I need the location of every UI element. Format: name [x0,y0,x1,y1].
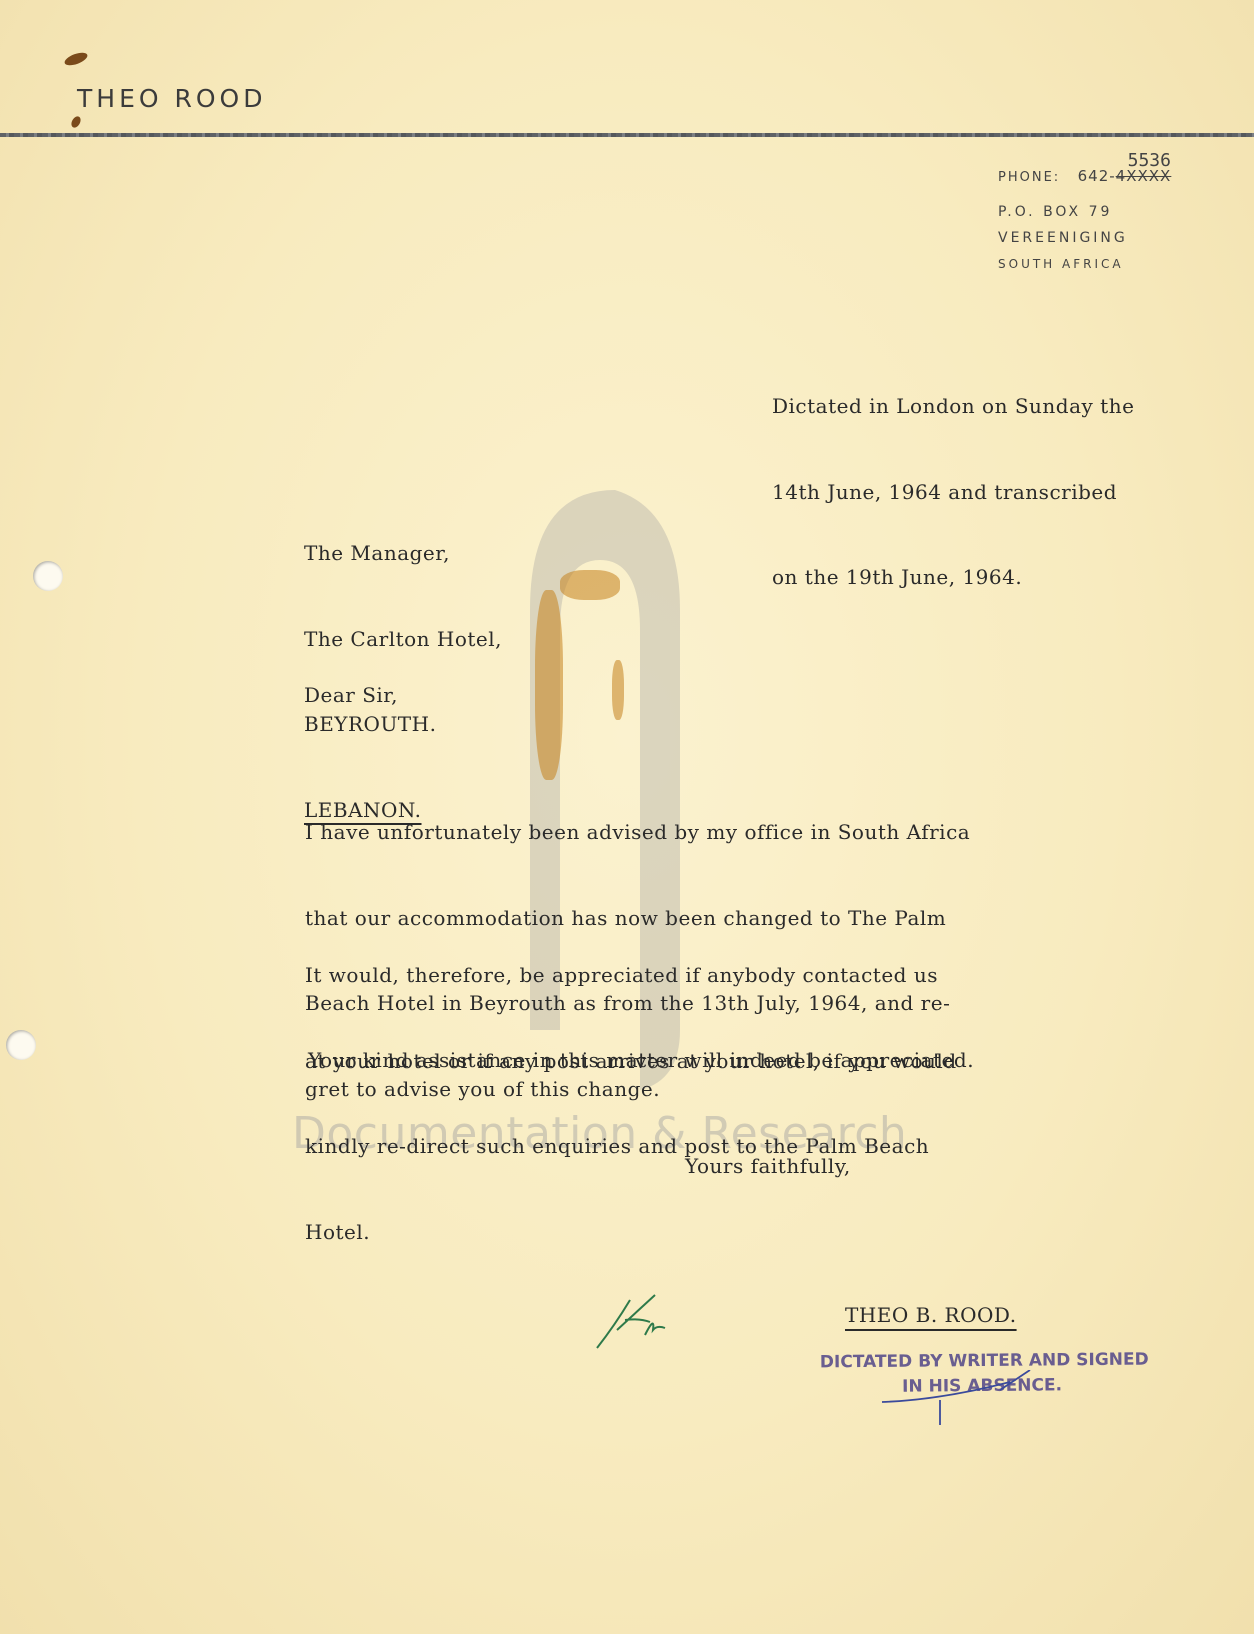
body-line: It would, therefore, be appreciated if a… [305,961,957,990]
dateline-line: on the 19th June, 1964. [772,563,1134,592]
phone-prefix: 642- [1078,167,1116,185]
punch-hole [6,1030,36,1060]
recipient-line: The Carlton Hotel, [304,625,502,654]
body-line: I have unfortunately been advised by my … [305,818,970,847]
contact-block: PHONE: 642-4XXXX 5536 P.O. BOX 79 VEREEN… [998,163,1171,277]
phone-handwritten: 5536 [1128,148,1171,174]
address-line: P.O. BOX 79 [998,199,1171,225]
signature-initials-icon [595,1290,675,1350]
stain [612,660,624,720]
stain [535,590,563,780]
recipient-line: The Manager, [304,539,502,568]
letterhead-name: THEO ROOD [77,84,266,113]
stamp-signature-scribble-icon [880,1370,1040,1430]
ink-blot [63,50,89,68]
punch-hole [33,561,63,591]
address-line: VEREENIGING [998,225,1171,251]
phone-number: 642-4XXXX 5536 [1078,167,1172,185]
body-line: kindly re-direct such enquiries and post… [305,1132,957,1161]
ink-blot [70,115,83,129]
body-paragraph-3: Your kind assistance in this matter will… [308,1046,974,1075]
signatory-name: THEO B. ROOD. [845,1301,1017,1330]
phone-row: PHONE: 642-4XXXX 5536 [998,163,1171,191]
recipient-line: BEYROUTH. [304,710,502,739]
dateline: Dictated in London on Sunday the 14th Ju… [772,335,1134,620]
salutation: Dear Sir, [304,681,398,710]
stain [560,570,620,600]
phone-label: PHONE: [998,170,1060,185]
body-paragraph-2: It would, therefore, be appreciated if a… [305,904,957,1275]
letterhead-rule [0,133,1254,137]
closing: Yours faithfully, [685,1152,851,1181]
dateline-line: Dictated in London on Sunday the [772,392,1134,421]
address-line: SOUTH AFRICA [998,251,1171,277]
body-line: Hotel. [305,1218,957,1247]
dateline-line: 14th June, 1964 and transcribed [772,478,1134,507]
